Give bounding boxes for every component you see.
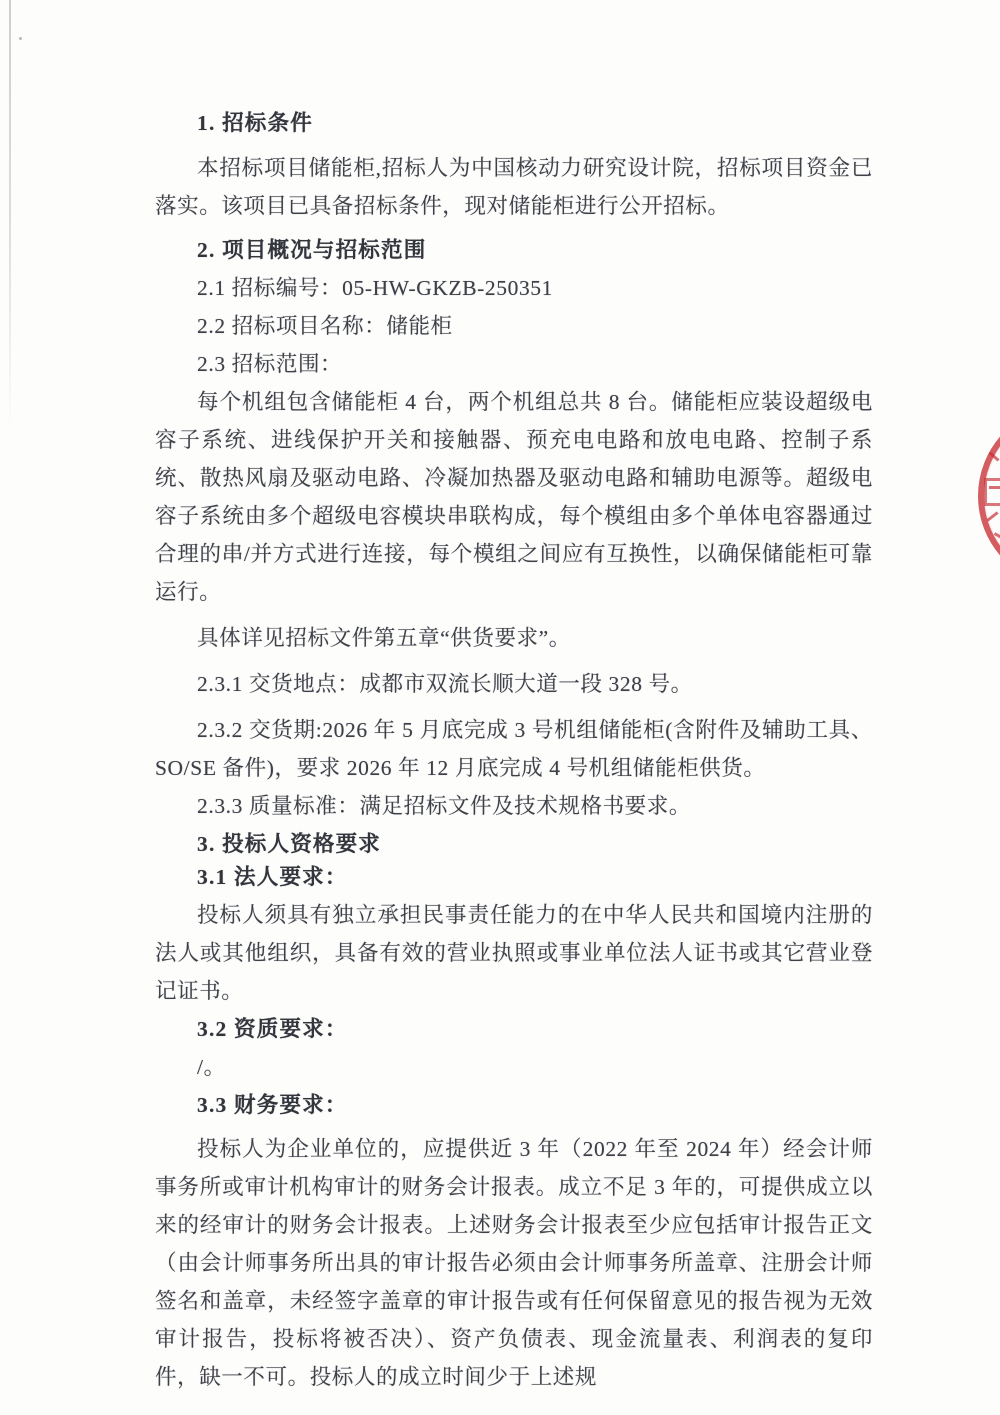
doc-block-subheading: 3.2 资质要求： — [155, 1010, 873, 1048]
document-page: 1. 招标条件本招标项目储能柜,招标人为中国核动力研究设计院，招标项目资金已落实… — [0, 0, 1000, 1415]
doc-block-para: 每个机组包含储能柜 4 台，两个机组总共 8 台。储能柜应装设超级电容子系统、进… — [155, 383, 873, 611]
doc-block-subheading: 3.1 法人要求： — [155, 858, 873, 896]
scan-artifact-line — [9, 0, 11, 430]
doc-block-para: 2.3.3 质量标准：满足招标文件及技术规格书要求。 — [155, 787, 873, 825]
doc-block-item: 2.1 招标编号：05-HW-GKZB-250351 — [155, 269, 873, 307]
doc-block-heading: 1. 招标条件 — [155, 104, 873, 142]
doc-block-item: 2.2 招标项目名称：储能柜 — [155, 307, 873, 345]
doc-block-para: 投标人须具有独立承担民事责任能力的在中华人民共和国境内注册的法人或其他组织，具备… — [155, 896, 873, 1010]
doc-block-para: 2.3.1 交货地点：成都市双流长顺大道一段 328 号。 — [155, 665, 873, 703]
doc-block-subheading: 3.3 财务要求： — [155, 1086, 873, 1124]
doc-block-para: /。 — [155, 1048, 873, 1086]
doc-block-heading: 2. 项目概况与招标范围 — [155, 231, 873, 269]
doc-block-para: 本招标项目储能柜,招标人为中国核动力研究设计院，招标项目资金已落实。该项目已具备… — [155, 149, 873, 225]
scan-artifact-speck — [19, 37, 22, 40]
seal-character-fragment — [984, 478, 1000, 506]
doc-block-para: 投标人为企业单位的，应提供近 3 年（2022 年至 2024 年）经会计师事务… — [155, 1130, 873, 1396]
doc-block-item: 2.3 招标范围： — [155, 345, 873, 383]
doc-block-para: 具体详见招标文件第五章“供货要求”。 — [155, 619, 873, 657]
doc-block-para: 2.3.2 交货期:2026 年 5 月底完成 3 号机组储能柜(含附件及辅助工… — [155, 711, 873, 787]
document-body: 1. 招标条件本招标项目储能柜,招标人为中国核动力研究设计院，招标项目资金已落实… — [155, 104, 873, 1396]
seal-character-fragment — [989, 486, 1000, 489]
